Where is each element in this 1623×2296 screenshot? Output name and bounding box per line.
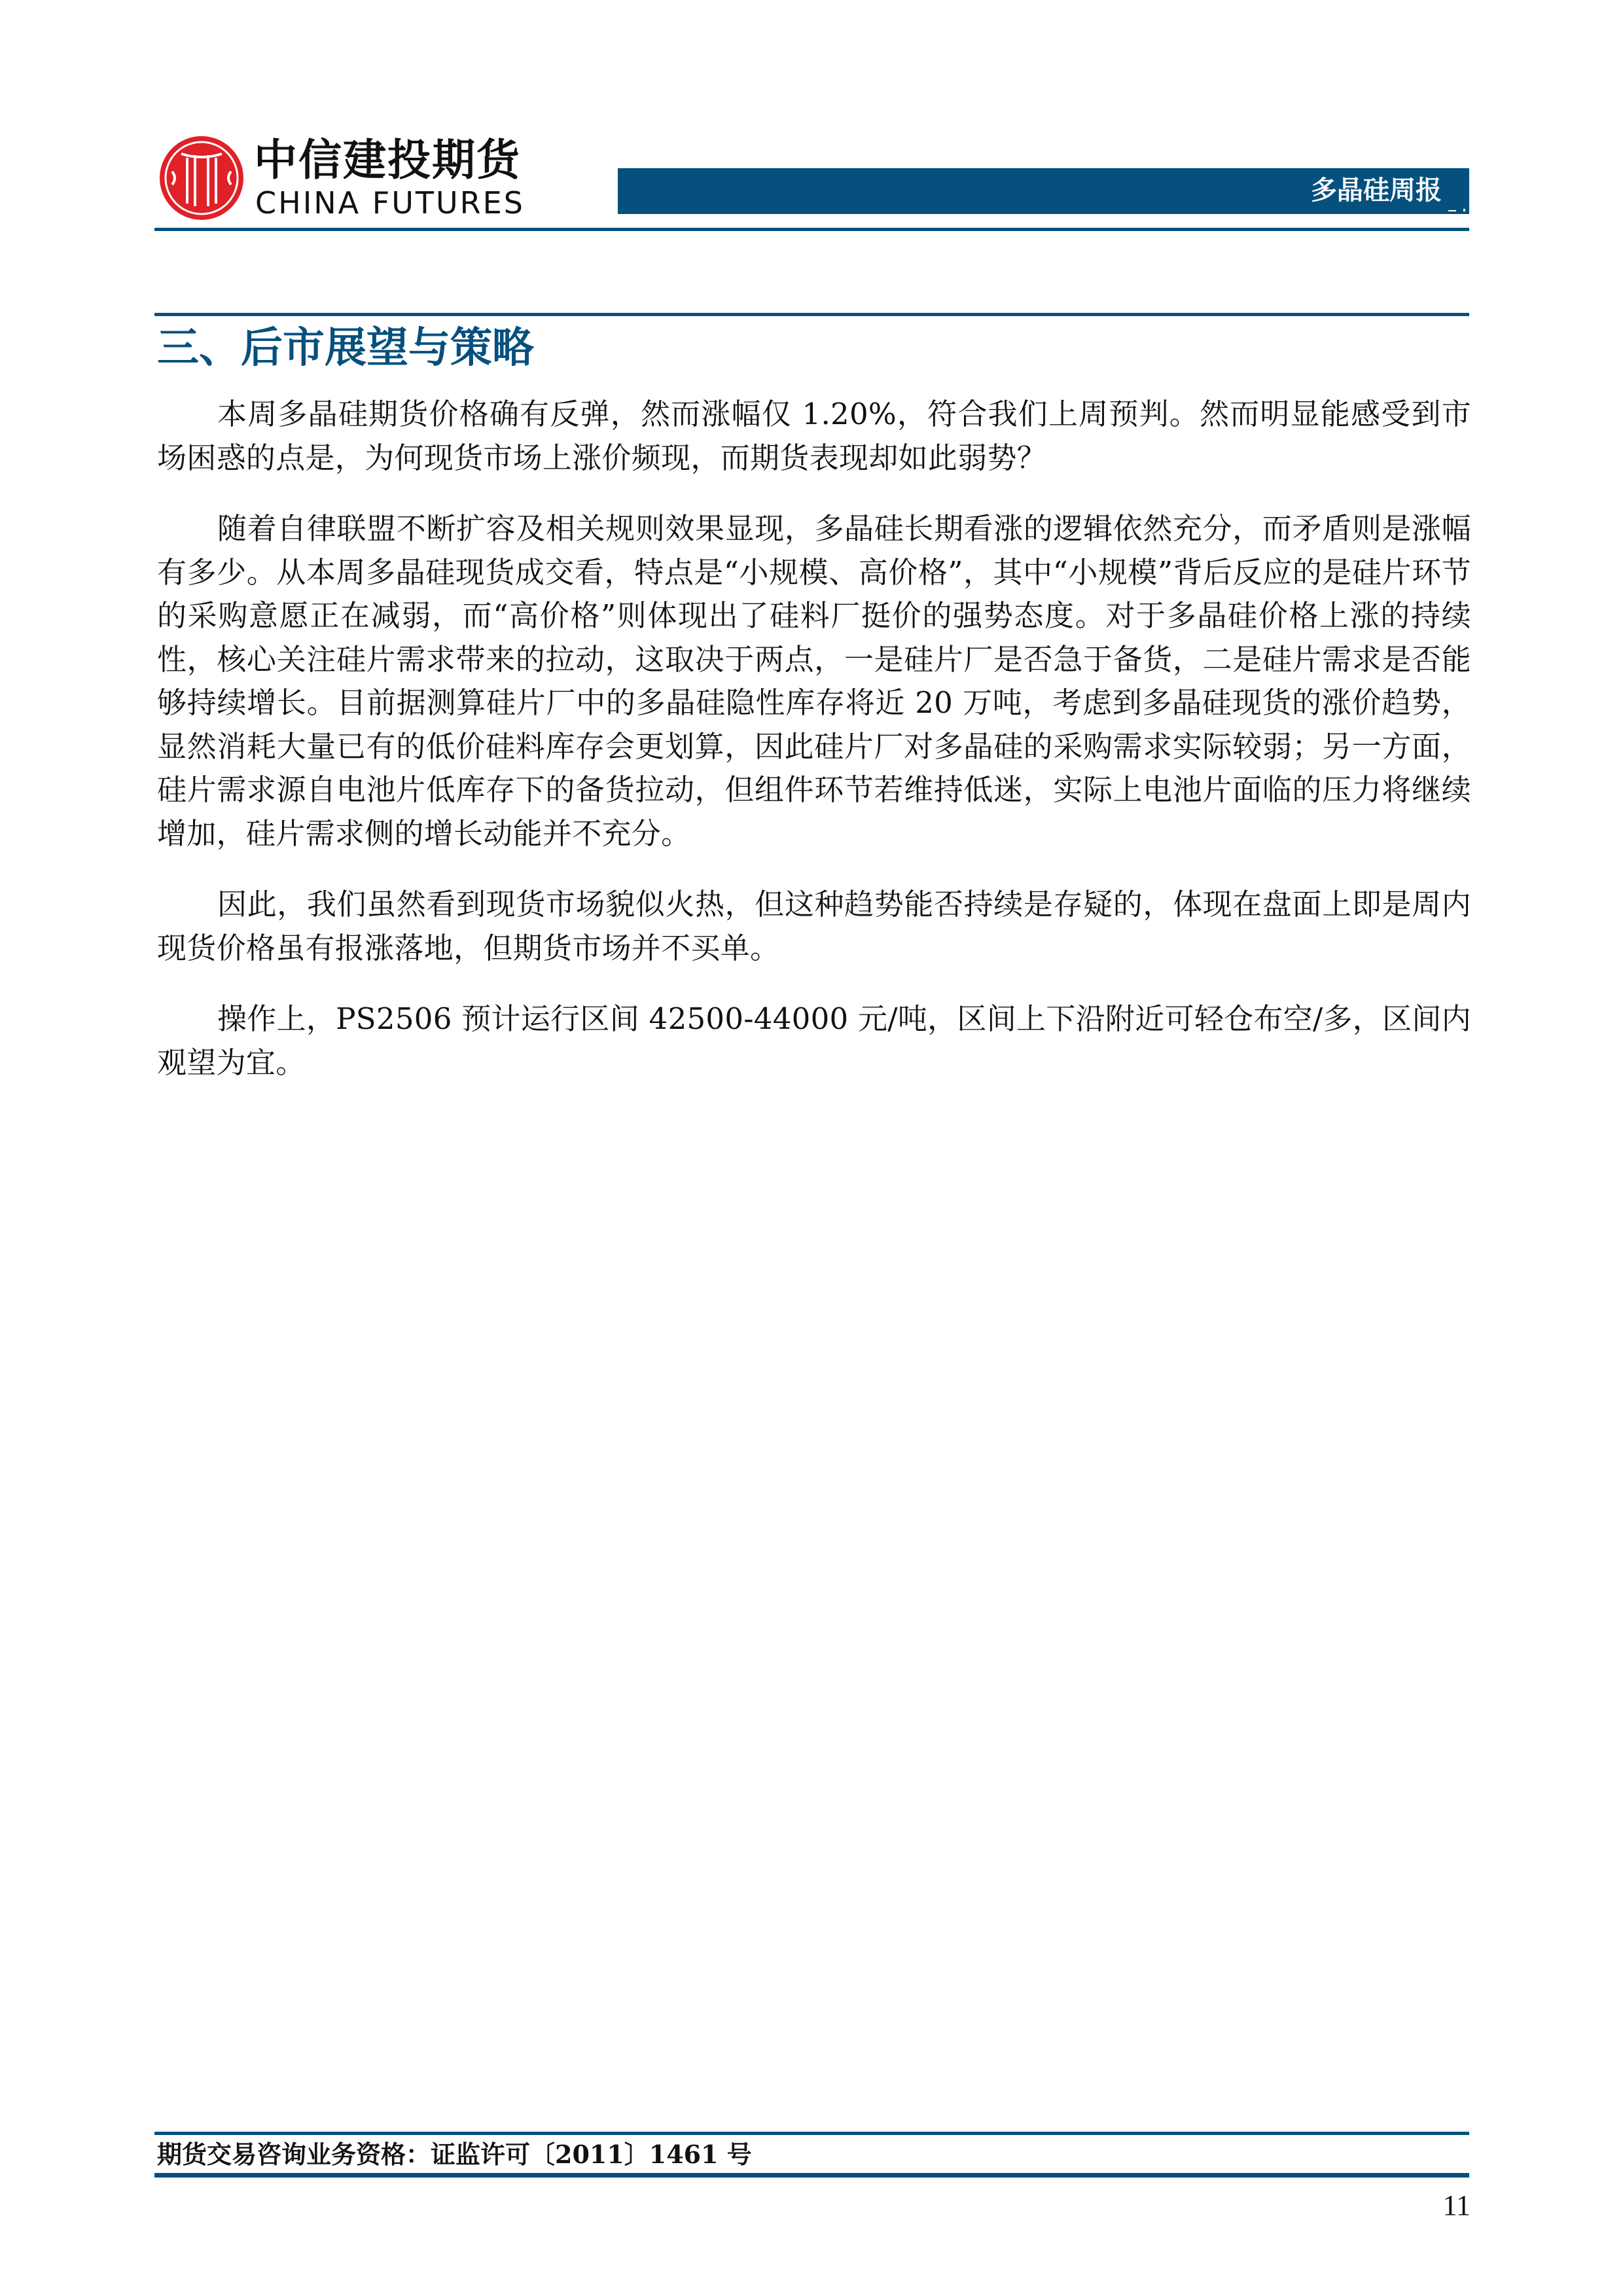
paragraph: 因此，我们虽然看到现货市场貌似火热，但这种趋势能否持续是存疑的，体现在盘面上即是… xyxy=(157,883,1471,970)
page-number: 11 xyxy=(1443,2189,1471,2223)
footer-license: 期货交易咨询业务资格：证监许可〔2011〕1461 号 xyxy=(157,2138,752,2172)
section-divider xyxy=(154,313,1469,316)
title-bar-mark xyxy=(1448,210,1465,211)
section-body: 本周多晶硅期货价格确有反弹，然而涨幅仅 1.20%，符合我们上周预判。然而明显能… xyxy=(157,393,1471,1112)
footer-divider-bottom xyxy=(154,2173,1469,2178)
paragraph: 随着自律联盟不断扩容及相关规则效果显现，多晶硅长期看涨的逻辑依然充分，而矛盾则是… xyxy=(157,507,1471,855)
paragraph: 本周多晶硅期货价格确有反弹，然而涨幅仅 1.20%，符合我们上周预判。然而明显能… xyxy=(157,393,1471,480)
header-divider xyxy=(154,228,1469,231)
footer-divider-top xyxy=(154,2132,1469,2135)
section-title: 三、后市展望与策略 xyxy=(157,322,534,374)
citic-logo-icon xyxy=(159,135,244,221)
logo-name-cn: 中信建投期货 xyxy=(254,135,521,185)
company-logo: 中信建投期货 CHINA FUTURES xyxy=(157,134,602,225)
report-title-bar: 多晶硅周报 xyxy=(618,168,1469,214)
logo-name-en: CHINA FUTURES xyxy=(255,186,525,220)
paragraph: 操作上，PS2506 预计运行区间 42500-44000 元/吨，区间上下沿附… xyxy=(157,997,1471,1085)
report-title: 多晶硅周报 xyxy=(1311,172,1442,209)
